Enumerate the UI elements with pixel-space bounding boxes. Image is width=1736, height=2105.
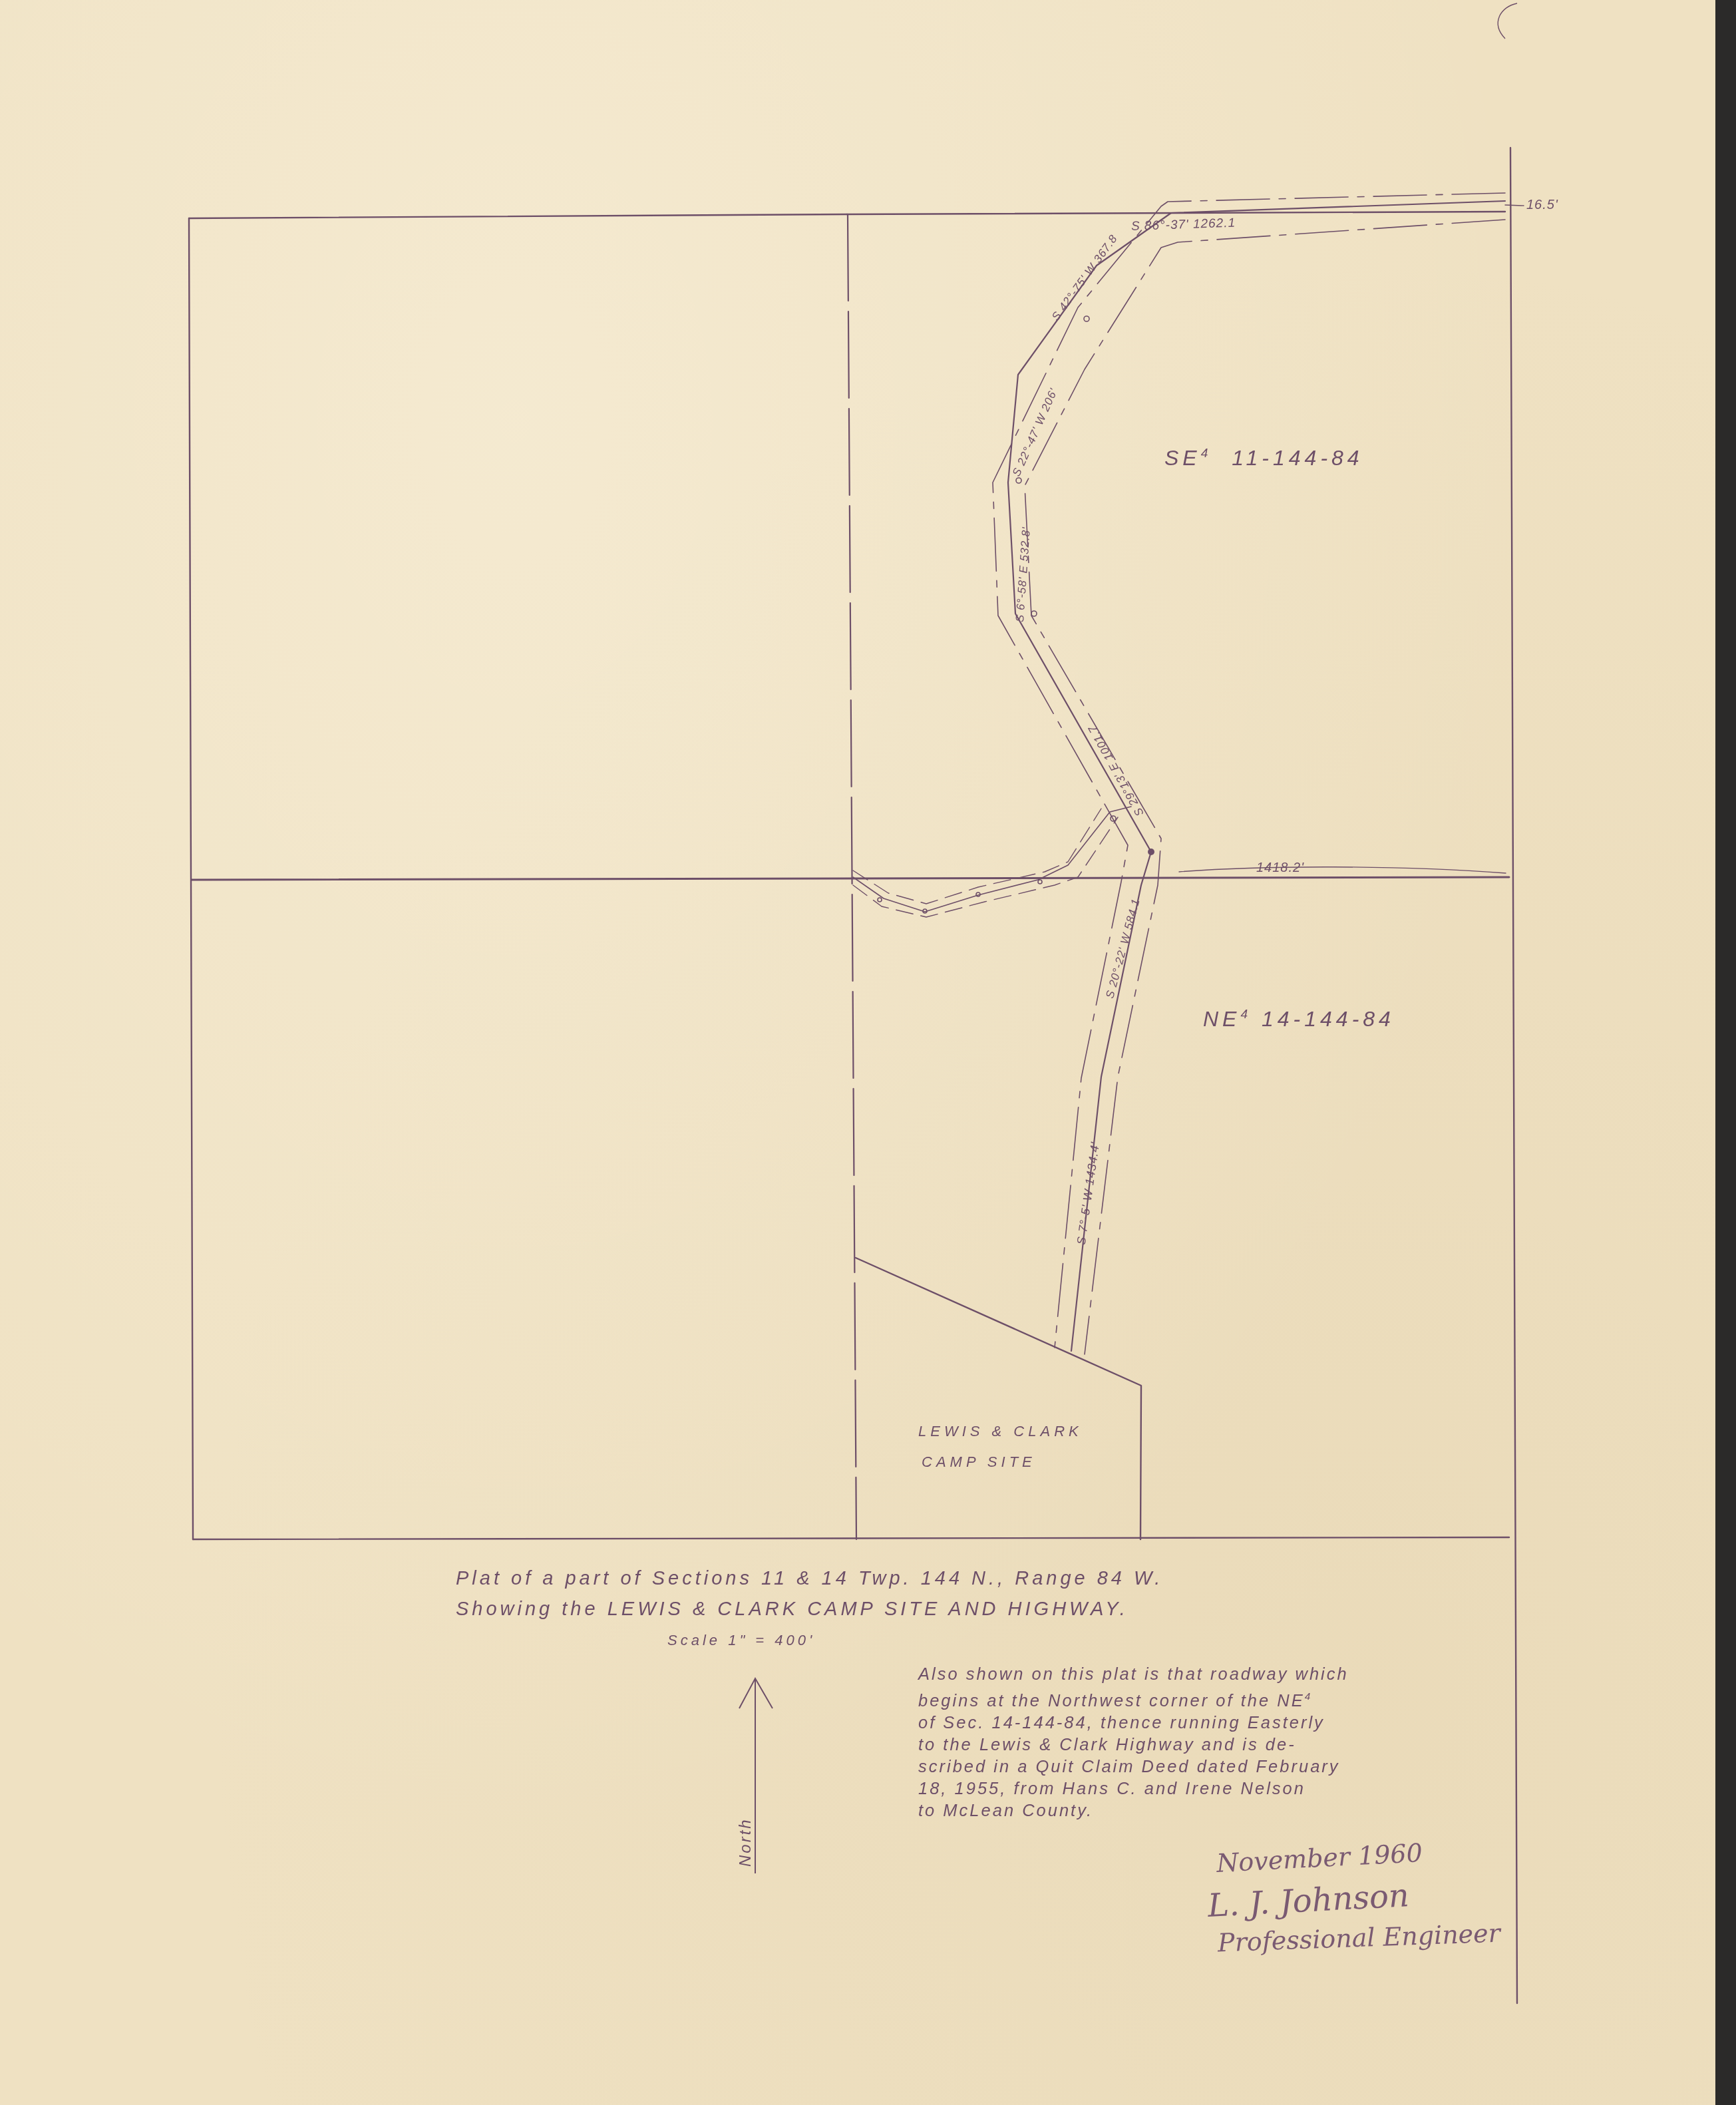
plat-sheet: S 86°-37' 1262.1 S 42°-75' W 367.8 S 22°… bbox=[0, 0, 1715, 2105]
quarter-line-vertical bbox=[848, 214, 856, 1539]
section-line-dimension: 1418.2' bbox=[1256, 861, 1304, 876]
quarter-line-horizontal bbox=[192, 877, 1509, 880]
camp-site-label-line1: LEWIS & CLARK bbox=[918, 1423, 1083, 1440]
camp-site-parcel bbox=[856, 1258, 1141, 1539]
plat-subtitle: Showing the LEWIS & CLARK CAMP SITE AND … bbox=[456, 1599, 1128, 1621]
section-label-se-11: SE4 11-144-84 bbox=[1164, 446, 1363, 471]
right-of-way-dimension: 16.5' bbox=[1526, 198, 1558, 213]
north-label: North bbox=[737, 1818, 755, 1867]
section-label-ne-14: NE4 14-144-84 bbox=[1203, 1007, 1395, 1032]
plat-title: Plat of a part of Sections 11 & 14 Twp. … bbox=[456, 1568, 1163, 1590]
section-frame bbox=[189, 214, 847, 218]
range-line bbox=[1510, 148, 1517, 2003]
camp-site-label-line2: CAMP SITE bbox=[922, 1453, 1036, 1471]
plat-drawing bbox=[0, 0, 1736, 2105]
roadway-description: Also shown on this plat is that roadway … bbox=[918, 1664, 1349, 1822]
scale-label: Scale 1" = 400' bbox=[667, 1632, 815, 1649]
